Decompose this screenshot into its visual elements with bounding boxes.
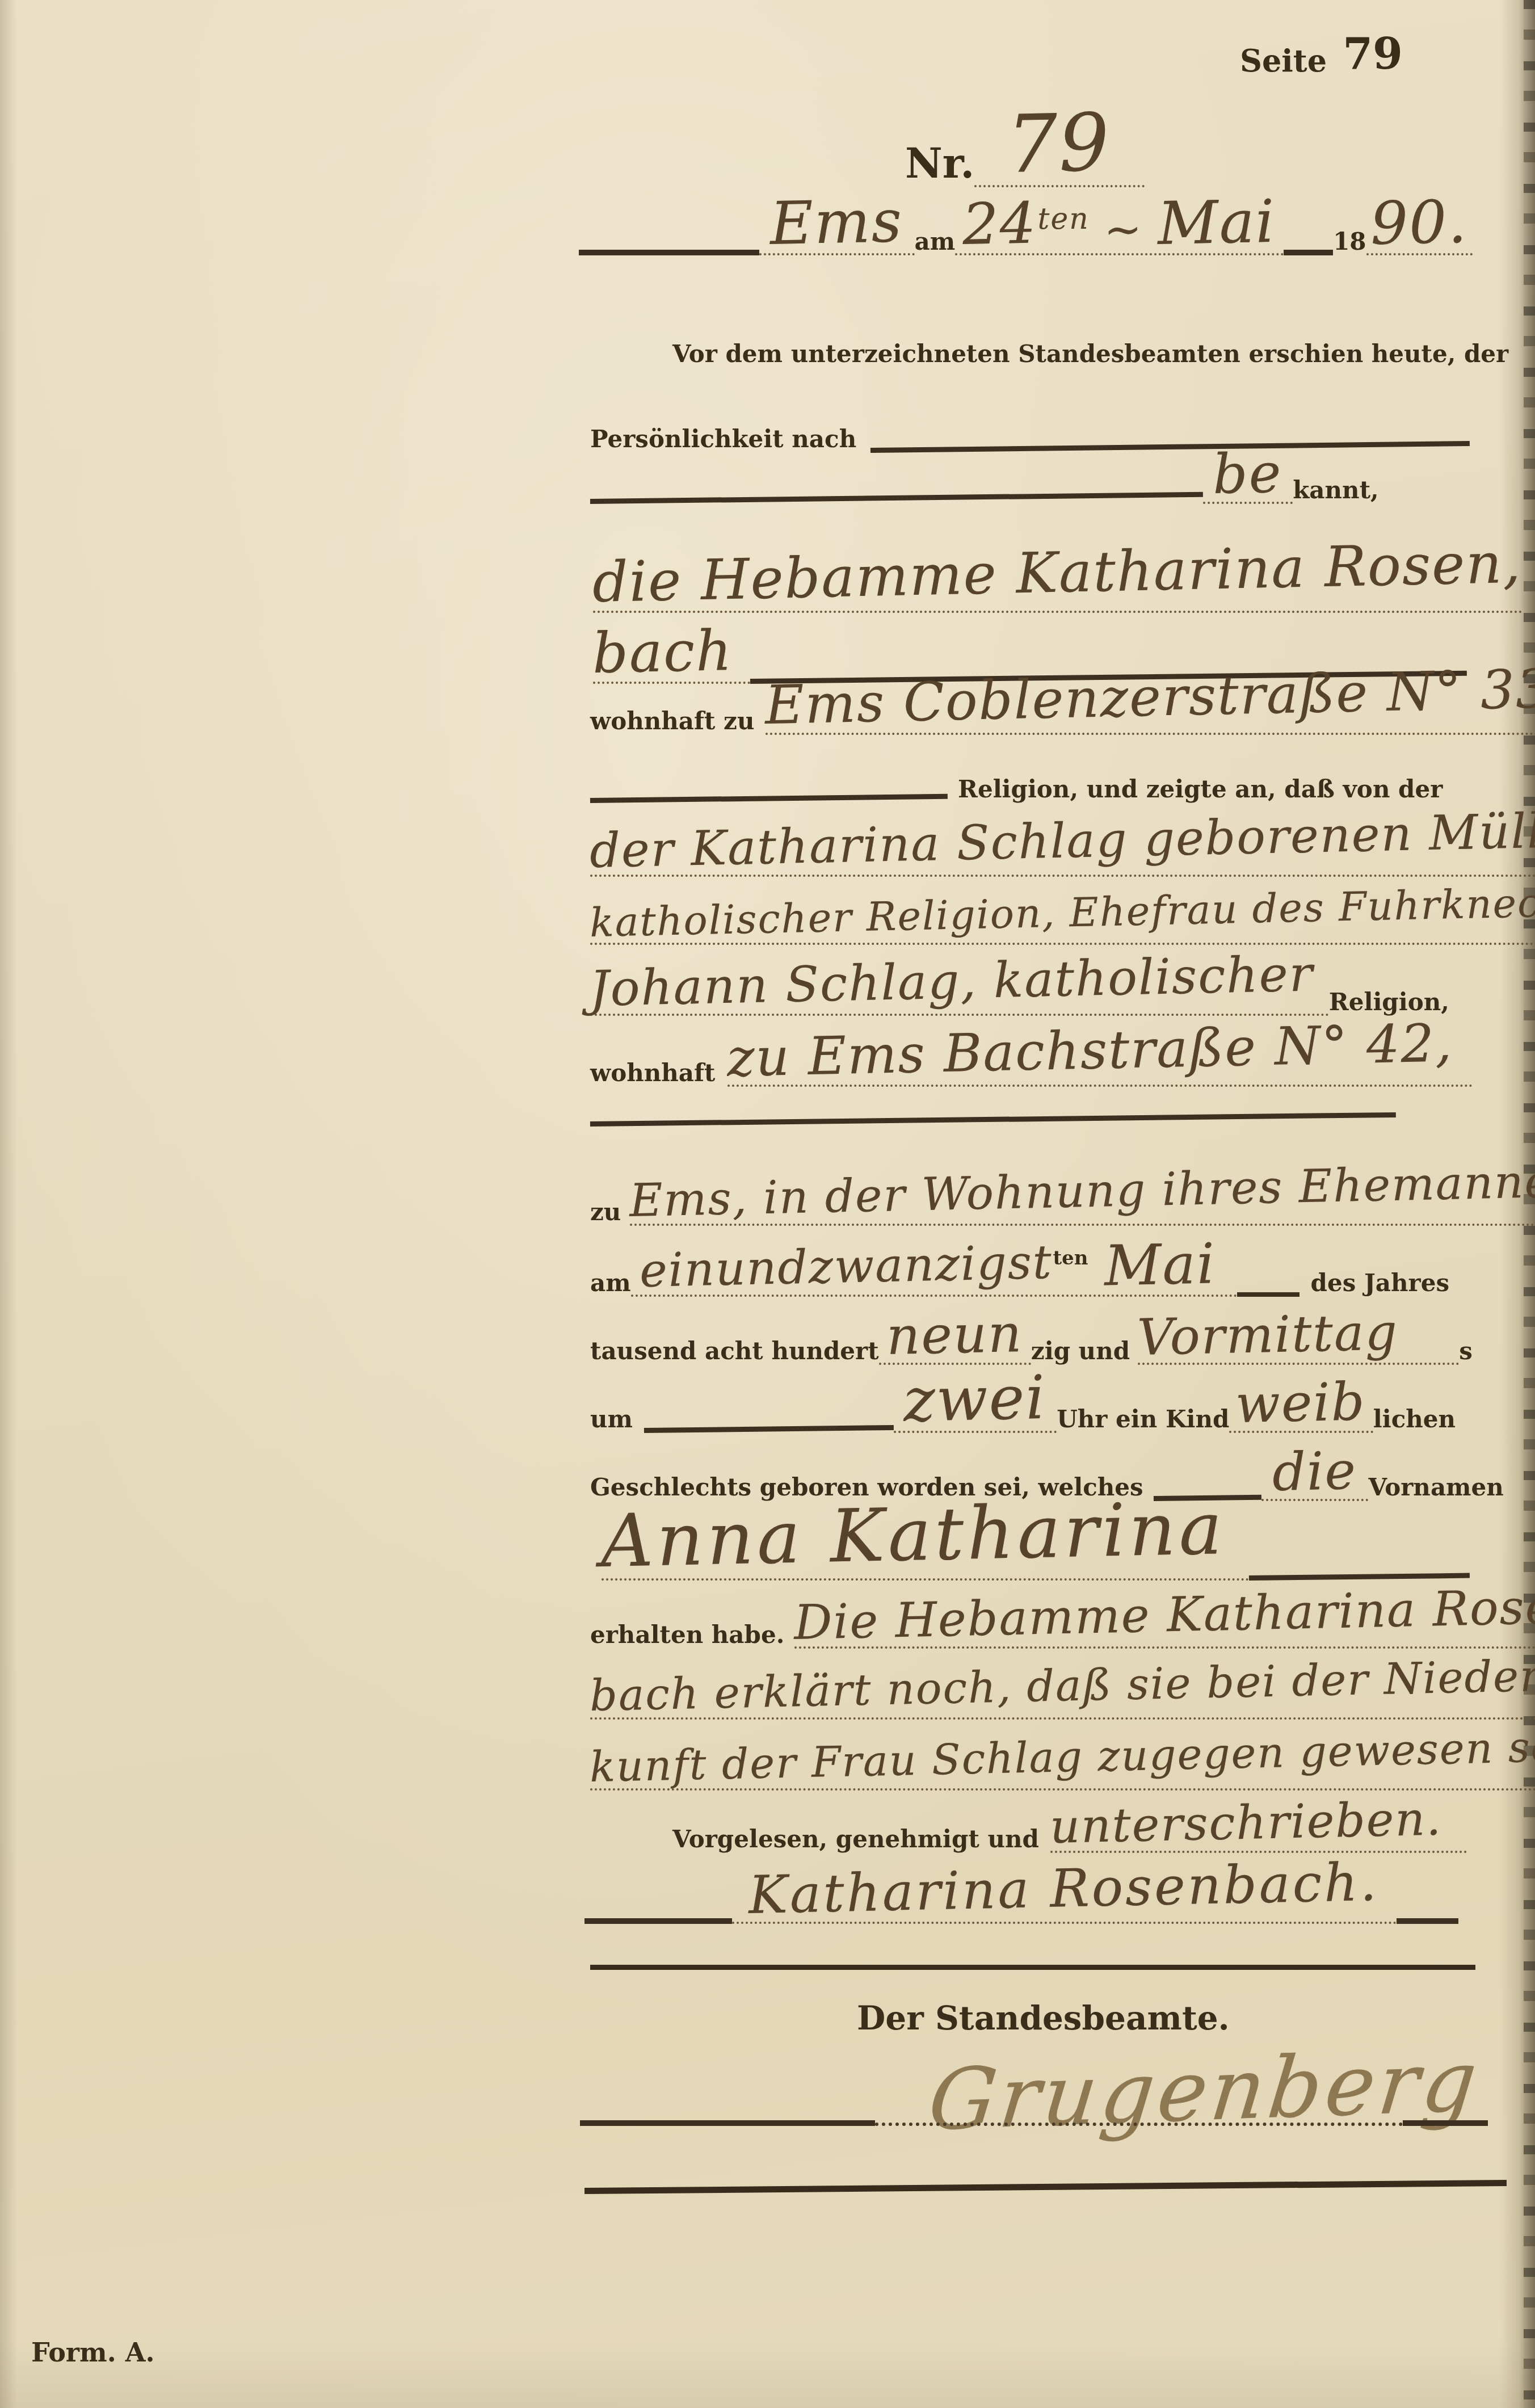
sex-hand: weib <box>1235 1376 1366 1431</box>
wohnhaft-label: wohnhaft <box>590 1060 715 1087</box>
mother-name-hand: der Katharina Schlag geborenen Müller, <box>589 805 1535 875</box>
residence-field: zu Ems Bachstraße N° 42, <box>727 1032 1473 1087</box>
year-field: 90. <box>1366 194 1473 255</box>
sex-field: weib <box>1229 1379 1373 1433</box>
ink-dash <box>1284 250 1333 255</box>
wohnhaft-zu-label: wohnhaft zu <box>590 708 754 735</box>
year-hand: neun <box>886 1308 1023 1363</box>
given-names-hand: Anna Katharina <box>600 1493 1226 1578</box>
persoenlichkeit-row: Persönlichkeit nach <box>590 397 1470 453</box>
official-signature: Grugenberg <box>925 2039 1484 2142</box>
mother-religion-hand: katholischer Religion, Ehefrau des Fuhrk… <box>590 881 1535 943</box>
hour-field: zwei <box>894 1371 1057 1433</box>
birth-year-row: tausend acht hundert neun zig und Vormit… <box>590 1300 1473 1365</box>
hand-field: Johann Schlag, katholischer <box>590 965 1329 1016</box>
declarant-signature: Katharina Rosenbach. <box>748 1856 1379 1922</box>
page-left-edge <box>0 0 17 2408</box>
residence-field: Ems Coblenzerstraße N° 33, <box>766 679 1535 735</box>
declarant-residence-row: wohnhaft zu Ems Coblenzerstraße N° 33, <box>590 664 1473 735</box>
hand-field: katholischer Religion, Ehefrau des Fuhrk… <box>590 903 1535 945</box>
religion-notice-label: Religion, und zeigte an, daß von der <box>958 776 1443 803</box>
place-field: Ems <box>759 194 915 255</box>
pen-flourish: ~ <box>1088 206 1158 253</box>
given-names-field: Anna Katharina <box>602 1506 1249 1581</box>
birth-place-row: zu Ems, in der Wohnung ihres Ehemannes, <box>590 1161 1473 1226</box>
ink-dash <box>1403 2120 1488 2126</box>
bekannt-field: be <box>1203 447 1293 504</box>
closing-field: Die Hebamme Katharina Rosen, <box>794 1599 1535 1649</box>
bekannt-hand: be <box>1212 446 1282 502</box>
year-field: neun <box>879 1310 1031 1365</box>
declarant-name-hand: die Hebamme Katharina Rosen, <box>592 536 1522 611</box>
ink-dash <box>1397 1918 1458 1924</box>
hand-field: die Hebamme Katharina Rosen, <box>593 555 1523 613</box>
ink-dash <box>579 250 759 255</box>
day-field: 24ten ~ Mai <box>955 194 1284 255</box>
page-bottom-shade <box>0 2340 1535 2408</box>
um-label: um <box>590 1406 633 1433</box>
birth-hour-row: um zwei Uhr ein Kind weib lichen <box>590 1365 1473 1433</box>
unterschrieben-hand: unterschrieben. <box>1049 1796 1443 1851</box>
closing-line2-hand: bach erklärt noch, daß sie bei der Niede… <box>589 1654 1535 1717</box>
mother-residence-hand: zu Ems Bachstraße N° 42, <box>727 1017 1454 1085</box>
uhr-kind-label: Uhr ein Kind <box>1057 1406 1229 1433</box>
religion-notice-row: Religion, und zeigte an, daß von der <box>590 746 1473 803</box>
closing-line1-hand: Die Hebamme Katharina Rosen, <box>794 1582 1535 1646</box>
mother-line1: der Katharina Schlag geborenen Müller, <box>590 812 1470 877</box>
separator-rule <box>590 1965 1475 1970</box>
signature-field: Katharina Rosenbach. <box>732 1869 1397 1924</box>
seite-label: Seite <box>1240 43 1327 78</box>
am-label: am <box>915 228 956 255</box>
daytime-field: Vormittag <box>1138 1313 1459 1365</box>
crossed-blank-row <box>590 1095 1396 1127</box>
dotted-rule <box>875 2123 1403 2126</box>
father-name-hand: Johann Schlag, katholischer <box>589 949 1314 1014</box>
erhalten-label: erhalten habe. <box>590 1621 784 1649</box>
declarant-name-line1: die Hebamme Katharina Rosen, <box>593 538 1470 613</box>
place-value: Ems <box>769 191 903 253</box>
religion-label: Religion, <box>1329 989 1449 1016</box>
crossed-out-blank <box>644 1425 894 1433</box>
erhalten-row: erhalten habe. Die Hebamme Katharina Ros… <box>590 1583 1473 1649</box>
birth-place-hand: Ems, in der Wohnung ihres Ehemannes, <box>629 1158 1535 1224</box>
page-number: 79 <box>1343 29 1403 78</box>
page-number-header: Seite 79 <box>1240 27 1403 78</box>
hand-field: bach erklärt noch, daß sie bei der Niede… <box>590 1674 1535 1720</box>
daytime-suffix-label: s <box>1459 1338 1473 1365</box>
declarant-residence-hand: Ems Coblenzerstraße N° 33, <box>765 662 1535 733</box>
hand-field: kunft der Frau Schlag zugegen gewesen se… <box>590 1746 1535 1791</box>
crossed-out-blank <box>590 794 948 803</box>
des-jahres-label: des Jahres <box>1311 1270 1449 1297</box>
birth-record-page: Seite 79 Nr. 79 Ems am 24ten ~ Mai 18 90… <box>0 0 1535 2408</box>
given-names-row: Anna Katharina <box>602 1493 1470 1581</box>
bekannt-row: be kannt, <box>590 447 1473 504</box>
hand-field: der Katharina Schlag geborenen Müller, <box>590 827 1535 877</box>
birth-place-field: Ems, in der Wohnung ihres Ehemannes, <box>630 1178 1535 1226</box>
signature-rule-row <box>580 2100 1488 2126</box>
ink-dash <box>580 2120 875 2126</box>
intro-text: Vor dem unterzeichneten Standesbeamten e… <box>672 341 1508 368</box>
vorgelesen-label: Vorgelesen, genehmigt und <box>672 1826 1039 1853</box>
year-print: 18 <box>1333 228 1366 255</box>
crossed-out-blank <box>590 492 1203 504</box>
am-label: am <box>590 1270 631 1297</box>
intro-line: Vor dem unterzeichneten Standesbeamten e… <box>672 334 1508 368</box>
year-prefix-label: tausend acht hundert <box>590 1338 879 1365</box>
closing-line3-hand: kunft der Frau Schlag zugegen gewesen se… <box>589 1725 1535 1788</box>
crossed-out-blank <box>590 1112 1396 1127</box>
mother-line3: Johann Schlag, katholischer Religion, <box>590 951 1470 1016</box>
unterschrieben-field: unterschrieben. <box>1050 1804 1467 1853</box>
form-label: Form. A. <box>31 2338 154 2368</box>
mother-line2: katholischer Religion, Ehefrau des Fuhrk… <box>590 880 1470 945</box>
mother-residence-row: wohnhaft zu Ems Bachstraße N° 42, <box>590 1019 1473 1087</box>
hour-hand: zwei <box>903 1368 1046 1431</box>
record-date-row: Ems am 24ten ~ Mai 18 90. <box>579 159 1473 255</box>
year-suffix-label: zig und <box>1031 1338 1130 1365</box>
kannt-label: kannt, <box>1293 477 1378 504</box>
form-label-row: Form. A. <box>31 2334 154 2368</box>
bottom-rule <box>584 2180 1507 2194</box>
closing-line3-row: kunft der Frau Schlag zugegen gewesen se… <box>590 1725 1470 1791</box>
birth-month-hand: Mai <box>1087 1236 1233 1295</box>
vorgelesen-row: Vorgelesen, genehmigt und unterschrieben… <box>672 1791 1467 1853</box>
zu-label: zu <box>590 1199 621 1226</box>
article-hand: die <box>1272 1445 1357 1499</box>
declarant-signature-row: Katharina Rosenbach. <box>584 1856 1458 1924</box>
month-value: Mai <box>1157 192 1276 253</box>
birth-day-hand: einundzwanzigst <box>639 1239 1053 1295</box>
ten-suffix: ten <box>1053 1247 1088 1270</box>
year-value: 90. <box>1369 192 1468 253</box>
daytime-hand: Vormittag <box>1137 1307 1398 1363</box>
lichen-label: lichen <box>1373 1406 1456 1433</box>
ink-dash <box>1237 1292 1300 1297</box>
birth-date-row: am einundzwanzigstten Mai des Jahres <box>590 1232 1473 1297</box>
day-value: 24 <box>962 195 1037 253</box>
closing-line2-row: bach erklärt noch, daß sie bei der Niede… <box>590 1654 1470 1720</box>
crossed-out-blank <box>1249 1573 1470 1581</box>
birth-day-field: einundzwanzigstten Mai <box>631 1239 1237 1297</box>
ink-dash <box>584 1918 732 1924</box>
